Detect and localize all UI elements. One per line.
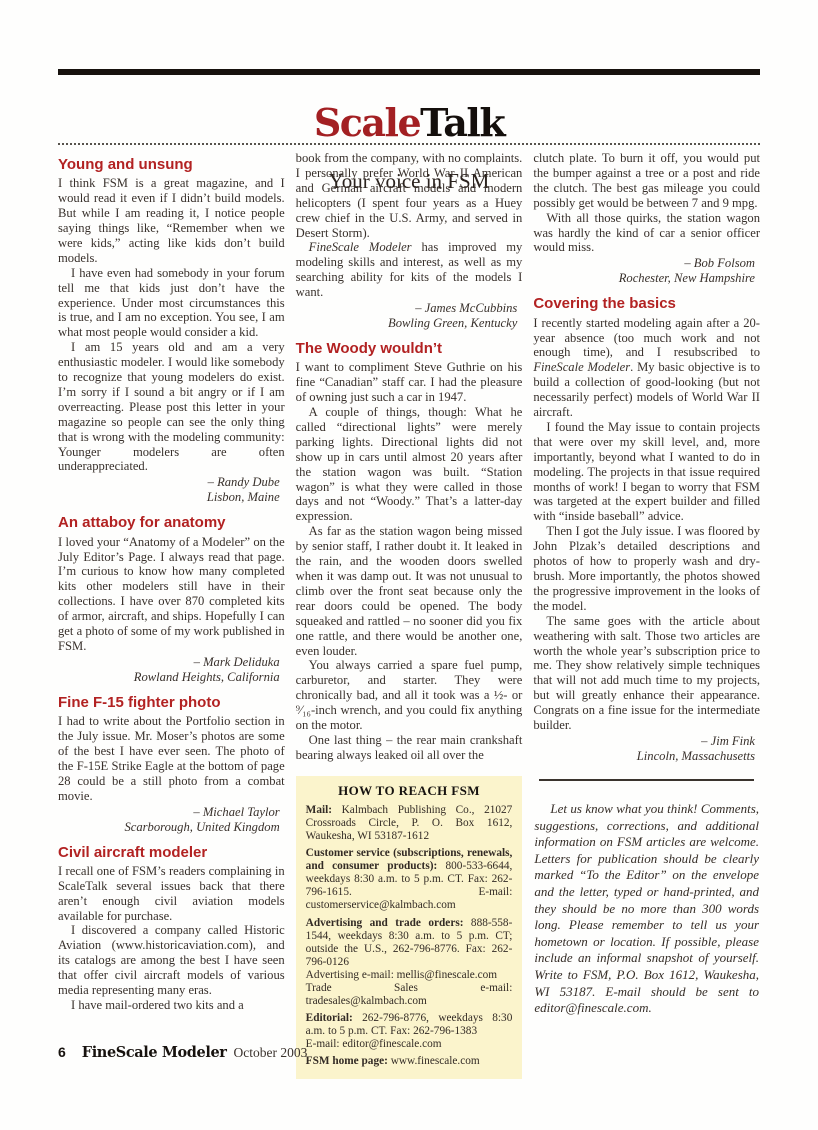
reach-box-title: HOW TO REACH FSM <box>306 783 513 799</box>
magazine-name-italic: FineScale Modeler <box>533 360 630 374</box>
heading-fine-f15-photo: Fine F-15 fighter photo <box>58 694 285 711</box>
signature-location: Lincoln, Massachusetts <box>533 749 755 764</box>
reach-entry-customer-service: Customer service (subscriptions, renewal… <box>306 847 513 912</box>
heading-attaboy-for-anatomy: An attaboy for anatomy <box>58 514 285 531</box>
reach-text: E-mail: editor@finescale.com <box>306 1038 442 1050</box>
how-to-reach-fsm-box: HOW TO REACH FSM Mail: Kalmbach Publishi… <box>296 776 523 1079</box>
signature: – Randy Dube Lisbon, Maine <box>58 475 280 505</box>
letter-paragraph: With all those quirks, the station wagon… <box>533 211 760 256</box>
signature-name: – Jim Fink <box>533 734 755 749</box>
paragraph-text: I recently started modeling again after … <box>533 316 760 360</box>
logo-talk: Talk <box>420 100 504 145</box>
signature-location: Lisbon, Maine <box>58 490 280 505</box>
heading-young-and-unsung: Young and unsung <box>58 156 285 173</box>
signature: – James McCubbins Bowling Green, Kentuck… <box>296 301 518 331</box>
letter-paragraph: You always carried a spare fuel pump, ca… <box>296 658 523 733</box>
magazine-logotype: FineScale Modeler <box>82 1044 227 1061</box>
heading-the-woody-wouldnt: The Woody wouldn’t <box>296 340 523 357</box>
signature-name: – Michael Taylor <box>58 805 280 820</box>
column-3: clutch plate. To burn it off, you would … <box>533 151 760 1079</box>
signature-location: Scarborough, United Kingdom <box>58 820 280 835</box>
heading-covering-the-basics: Covering the basics <box>533 295 760 312</box>
signature: – Bob Folsom Rochester, New Hampshire <box>533 256 755 286</box>
letter-paragraph: As far as the station wagon being missed… <box>296 524 523 658</box>
reach-label: Advertising and trade orders: <box>306 917 464 929</box>
reach-entry-editorial: Editorial: 262-796-8776, weekdays 8:30 a… <box>306 1012 513 1038</box>
reach-entry-home-page: FSM home page: www.finescale.com <box>306 1055 513 1068</box>
reach-text: Advertising e-mail: mellis@finescale.com <box>306 969 497 981</box>
signature: – Jim Fink Lincoln, Massachusetts <box>533 734 755 764</box>
letter-paragraph: I have mail-ordered two kits and a <box>58 998 285 1013</box>
letter-paragraph: I found the May issue to contain project… <box>533 420 760 524</box>
logo-scale: Scale <box>314 100 420 145</box>
signature-location: Rowland Heights, California <box>58 670 280 685</box>
reach-text: www.finescale.com <box>388 1055 480 1067</box>
letter-paragraph: The same goes with the article about wea… <box>533 614 760 733</box>
letter-paragraph: One last thing – the rear main crankshaf… <box>296 733 523 763</box>
signature-name: – Randy Dube <box>58 475 280 490</box>
letters-columns: Young and unsung I think FSM is a great … <box>58 151 760 1079</box>
editors-note-divider <box>539 779 754 781</box>
letter-paragraph: I had to write about the Portfolio secti… <box>58 714 285 803</box>
heading-civil-aircraft-modeler: Civil aircraft modeler <box>58 844 285 861</box>
letter-paragraph: I recall one of FSM’s readers complainin… <box>58 864 285 924</box>
letter-paragraph: I recently started modeling again after … <box>533 316 760 420</box>
letter-paragraph: FineScale Modeler has improved my modeli… <box>296 240 523 300</box>
letter-paragraph: I discovered a company called Historic A… <box>58 923 285 998</box>
letter-paragraph: I have even had somebody in your forum t… <box>58 266 285 341</box>
issue-date: October 2003 <box>234 1045 308 1061</box>
letter-paragraph: I want to compliment Steve Guthrie on hi… <box>296 360 523 405</box>
reach-entry-advertising-email: Advertising e-mail: mellis@finescale.com <box>306 969 513 982</box>
reach-label: FSM home page: <box>306 1055 388 1067</box>
editors-note: Let us know what you think! Comments, su… <box>533 801 760 1017</box>
column-2: book from the company, with no complaint… <box>296 151 523 1079</box>
column-1: Young and unsung I think FSM is a great … <box>58 151 285 1079</box>
letter-paragraph: book from the company, with no complaint… <box>296 151 523 240</box>
reach-text: Trade Sales e-mail: tradesales@kalmbach.… <box>306 982 513 1007</box>
magazine-name-italic: FineScale Modeler <box>309 240 412 254</box>
reach-entry-advertising: Advertising and trade orders: 888-558-15… <box>306 917 513 969</box>
letter-paragraph: I think FSM is a great magazine, and I w… <box>58 176 285 265</box>
letter-paragraph: A couple of things, though: What he call… <box>296 405 523 524</box>
reach-entry-trade-sales-email: Trade Sales e-mail: tradesales@kalmbach.… <box>306 982 513 1008</box>
reach-entry-mail: Mail: Kalmbach Publishing Co., 21027 Cro… <box>306 804 513 843</box>
letter-paragraph: clutch plate. To burn it off, you would … <box>533 151 760 211</box>
letter-paragraph: I am 15 years old and am a very enthusia… <box>58 340 285 474</box>
signature-name: – James McCubbins <box>296 301 518 316</box>
page-footer: 6 FineScale Modeler October 2003 <box>58 1044 307 1061</box>
reach-entry-editorial-email: E-mail: editor@finescale.com <box>306 1038 513 1051</box>
signature: – Michael Taylor Scarborough, United Kin… <box>58 805 280 835</box>
reach-label: Mail: <box>306 804 332 816</box>
signature-location: Bowling Green, Kentucky <box>296 316 518 331</box>
page-title: ScaleTalk <box>0 103 818 143</box>
letter-paragraph: I loved your “Anatomy of a Modeler” on t… <box>58 535 285 654</box>
reach-label: Editorial: <box>306 1012 353 1024</box>
signature-location: Rochester, New Hampshire <box>533 271 755 286</box>
page-number: 6 <box>58 1044 66 1060</box>
letter-paragraph: Then I got the July issue. I was floored… <box>533 524 760 613</box>
top-rule <box>58 69 760 75</box>
magazine-page: ScaleTalk Your voice in FSM Young and un… <box>0 0 818 1130</box>
signature-name: – Mark Deliduka <box>58 655 280 670</box>
signature: – Mark Deliduka Rowland Heights, Califor… <box>58 655 280 685</box>
reach-text: Kalmbach Publishing Co., 21027 Crossroad… <box>306 804 513 842</box>
signature-name: – Bob Folsom <box>533 256 755 271</box>
dotted-rule <box>58 143 760 145</box>
